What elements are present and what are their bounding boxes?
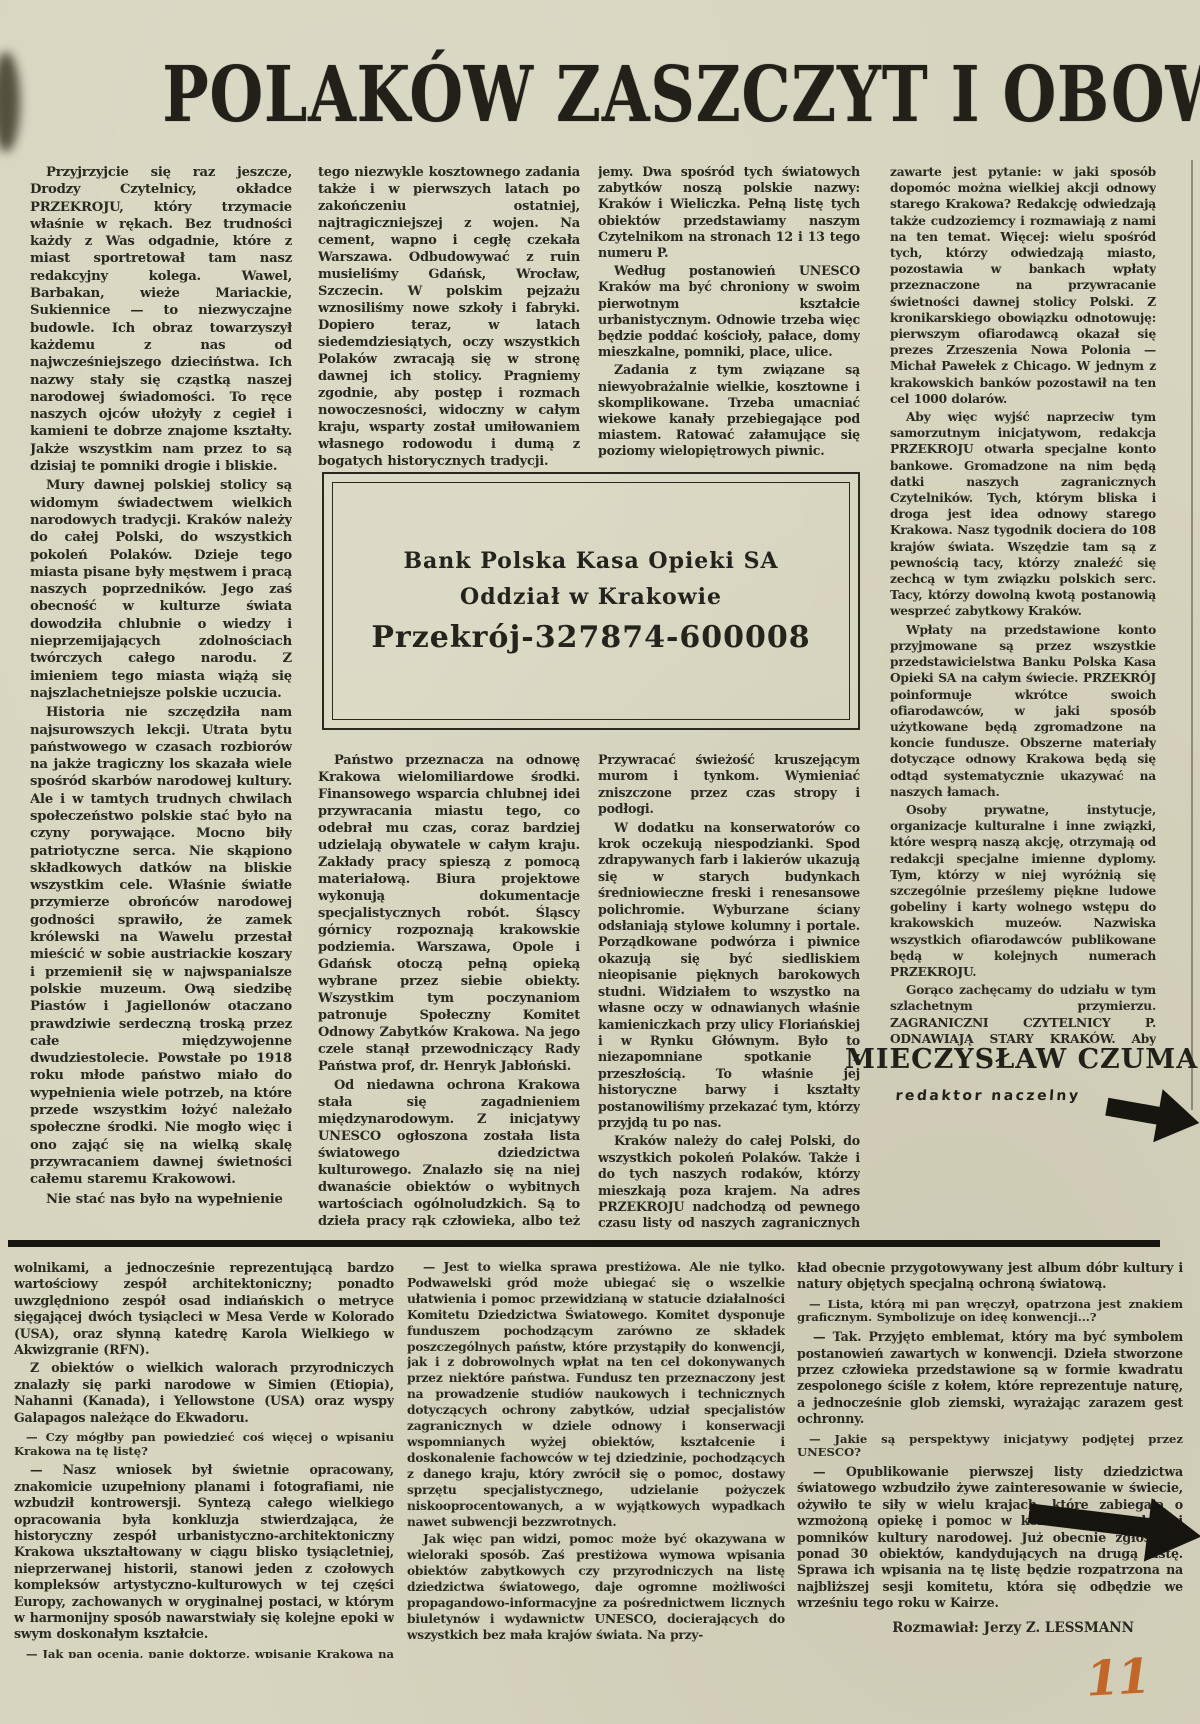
bank-account-box-inner: Bank Polska Kasa Opieki SA Oddział w Kra… <box>332 482 850 720</box>
paragraph: — Jest to wielka sprawa prestiżowa. Ale … <box>407 1260 785 1530</box>
interview-byline: Rozmawiał: Jerzy Z. LESSMANN <box>790 1620 1186 1636</box>
paragraph: Historia nie szczędziła nam najsurowszyc… <box>30 704 292 1188</box>
paragraph: jemy. Dwa spośród tych światowych zabytk… <box>598 164 860 261</box>
interview-column-2: — Jest to wielka sprawa prestiżowa. Ale … <box>407 1260 785 1672</box>
paragraph: Przywracać świeżość kruszejącym murom i … <box>598 752 860 818</box>
bank-branch: Oddział w Krakowie <box>460 584 722 610</box>
paragraph: — Jakie są perspektywy inicjatywy podjęt… <box>797 1433 1183 1460</box>
article-column-2-top: tego niezwykle kosztownego zadania także… <box>318 164 580 470</box>
paragraph: Przyjrzyjcie się raz jeszcze, Drodzy Czy… <box>30 164 292 475</box>
signature-title: redaktor naczelny <box>857 1088 1118 1104</box>
paragraph: Od niedawna ochrona Krakowa stała się za… <box>318 1077 580 1230</box>
paragraph: kład obecnie przygotowywany jest album d… <box>797 1260 1183 1293</box>
paragraph: zawarte jest pytanie: w jaki sposób dopo… <box>890 164 1156 407</box>
article-column-3-bottom: Przywracać świeżość kruszejącym murom i … <box>598 752 860 1230</box>
paragraph: Jak więc pan widzi, pomoc może być okazy… <box>407 1532 785 1643</box>
paragraph: Mury dawnej polskiej stolicy są widomym … <box>30 477 292 702</box>
paragraph: Państwo przeznacza na odnowę Krakowa wie… <box>318 752 580 1075</box>
paragraph: Kraków należy do całej Polski, do wszyst… <box>598 1133 860 1230</box>
paragraph: Osoby prywatne, instytucje, organizacje … <box>890 802 1156 980</box>
article-column-3-top: jemy. Dwa spośród tych światowych zabytk… <box>598 164 860 476</box>
paragraph: Zadania z tym związane są niewyobrażalni… <box>598 362 860 459</box>
paragraph: — Tak. Przyjęto emblemat, który ma być s… <box>797 1329 1183 1427</box>
arrow-right-icon <box>1100 1068 1200 1161</box>
article-column-2-bottom: Państwo przeznacza na odnowę Krakowa wie… <box>318 752 580 1230</box>
article-column-1: Przyjrzyjcie się raz jeszcze, Drodzy Czy… <box>30 164 292 1230</box>
paragraph: Według postanowień UNESCO Kraków ma być … <box>598 263 860 360</box>
bank-account-number: Przekrój-327874-600008 <box>371 620 810 655</box>
scan-edge-line <box>1191 160 1193 1110</box>
magazine-page: { "colors": { "paper": "#d7d4bf", "ink":… <box>0 0 1200 1724</box>
paragraph: Gorąco zachęcamy do udziału w tym szlach… <box>890 982 1156 1048</box>
paragraph: Wpłaty na przedstawione konto przyjmowan… <box>890 622 1156 800</box>
bank-name: Bank Polska Kasa Opieki SA <box>403 548 778 574</box>
paragraph: Z obiektów o wielkich walorach przyrodni… <box>14 1360 394 1426</box>
interview-column-3: kład obecnie przygotowywany jest album d… <box>797 1260 1183 1622</box>
bank-account-box: Bank Polska Kasa Opieki SA Oddział w Kra… <box>322 472 860 730</box>
paragraph: — Lista, którą mi pan wręczył, opatrzona… <box>797 1298 1183 1325</box>
article-column-4: zawarte jest pytanie: w jaki sposób dopo… <box>890 164 1156 1048</box>
paragraph: Nie stać nas było na wypełnienie <box>30 1191 292 1208</box>
section-divider <box>8 1240 1160 1247</box>
paragraph: tego niezwykle kosztownego zadania także… <box>318 164 580 470</box>
paragraph: W dodatku na konserwatorów co krok oczek… <box>598 820 860 1132</box>
interview-column-1: wolnikami, a jednocześnie reprezentującą… <box>14 1260 394 1658</box>
paragraph: — Jak pan ocenia, panie doktorze, wpisan… <box>14 1648 394 1658</box>
paragraph: — Nasz wniosek był świetnie opracowany, … <box>14 1462 394 1642</box>
paragraph: wolnikami, a jednocześnie reprezentującą… <box>14 1260 394 1358</box>
paragraph: — Czy mógłby pan powiedzieć coś więcej o… <box>14 1431 394 1458</box>
page-number: 11 <box>1085 1648 1151 1707</box>
paragraph: Aby więc wyjść naprzeciw tym samorzutnym… <box>890 409 1156 620</box>
page-title: POLAKÓW ZASZCZYT I OBOWIĄZEK <box>0 50 1200 140</box>
